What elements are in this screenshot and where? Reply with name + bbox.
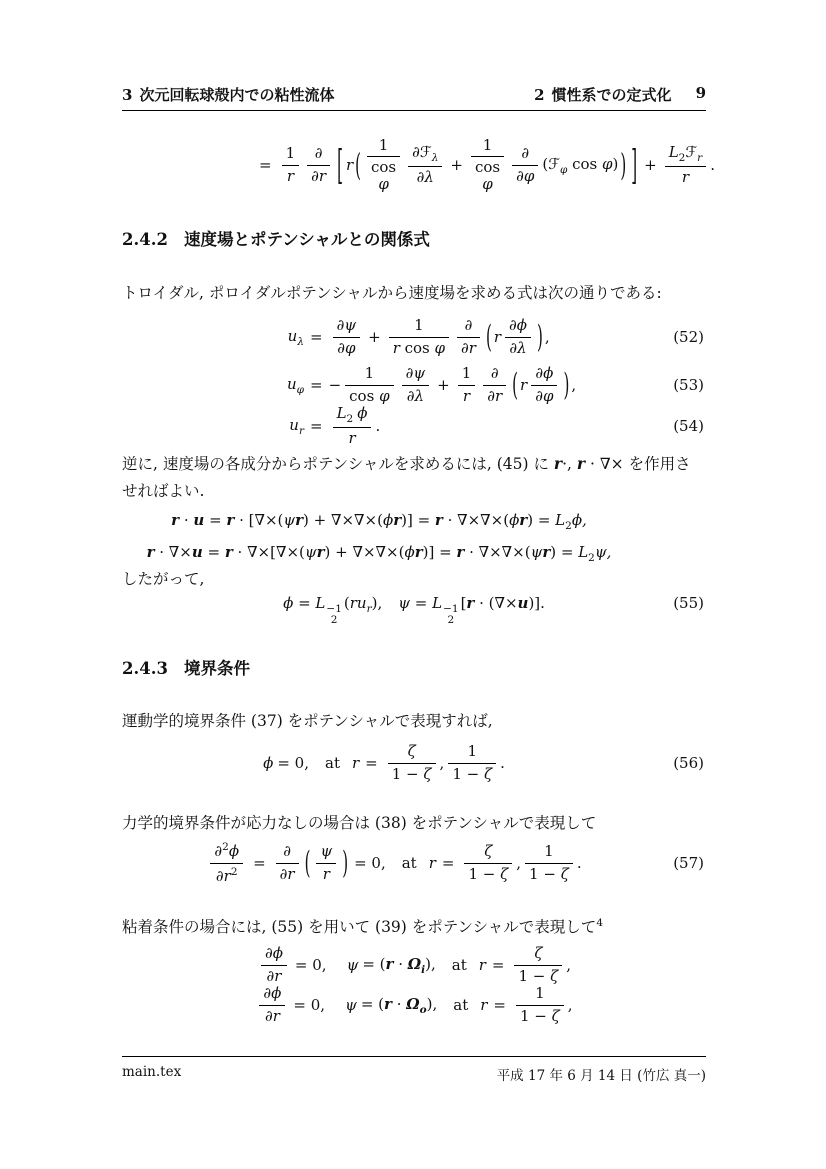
big-paren: ( xyxy=(355,147,361,184)
fraction: ∂ϕ∂φ xyxy=(531,365,557,405)
paragraph-text: 逆に, 速度場の各成分からポテンシャルを求めるには, (45) に xyxy=(122,455,554,473)
fraction: 1r xyxy=(282,145,300,185)
page-number: 9 xyxy=(696,84,706,105)
math-group: uφ xyxy=(280,375,304,396)
document-page: 3次元回転球殻内での粘性流体 2慣性系での定式化 9 = 1r ∂∂r [ r … xyxy=(0,0,826,1169)
equation-number: (56) xyxy=(673,754,704,772)
math-token: at xyxy=(453,996,468,1014)
fraction: 11 − ζ xyxy=(525,843,573,883)
equation-number: (52) xyxy=(673,328,704,346)
paragraph-2: 逆に, 速度場の各成分からポテンシャルを求めるには, (45) に r·, r … xyxy=(122,450,706,505)
math-token: r xyxy=(480,996,487,1014)
math-group: ur xyxy=(280,416,304,437)
fraction: ∂∂r xyxy=(483,365,506,405)
equation-number: (54) xyxy=(673,417,704,435)
running-title-number: 3 xyxy=(122,86,132,104)
fraction: ∂ϕ∂r xyxy=(261,945,287,985)
math-token: . xyxy=(577,854,582,872)
fraction: ζ1 − ζ xyxy=(514,945,562,985)
math-token: + xyxy=(437,376,450,394)
math-token: r xyxy=(346,156,353,174)
fraction: 11 − ζ xyxy=(448,743,496,783)
math-token: ψ xyxy=(345,996,357,1014)
header-right: 2慣性系での定式化 9 xyxy=(534,84,706,105)
equation-56: ϕ = 0, at r = ζ1 − ζ , 11 − ζ . (56) xyxy=(122,738,706,788)
section-number: 2.4.2 xyxy=(122,230,168,249)
math-token: , xyxy=(545,328,550,346)
fraction: ∂2ϕ∂r2 xyxy=(210,841,243,885)
math-token: , xyxy=(568,996,573,1014)
footer-date: 平成 17 年 6 月 14 日 (竹広 真一) xyxy=(497,1064,706,1084)
fraction: ∂∂r xyxy=(276,843,299,883)
header-section-text: 慣性系での定式化 xyxy=(552,86,672,104)
section-title: 速度場とポテンシャルとの関係式 xyxy=(184,230,430,249)
math-token: r xyxy=(494,328,501,346)
math-token: r xyxy=(429,854,436,872)
equation-53: uφ = − 1cos φ ∂ψ∂λ + 1r ∂∂r ( r ∂ϕ∂φ ) ,… xyxy=(122,362,706,408)
paragraph-5: 力学的境界条件が応力なしの場合は (38) をポテンシャルで表現して xyxy=(122,810,706,837)
math-token: = xyxy=(310,328,323,346)
fraction: ∂ϕ∂r xyxy=(259,985,285,1025)
math-group: uλ xyxy=(280,327,304,348)
fraction: 11 − ζ xyxy=(516,985,564,1025)
paragraph-6: 粘着条件の場合には, (55) を用いて (39) をポテンシャルで表現して4 xyxy=(122,910,706,941)
math-group: (ℱφ cos φ) xyxy=(542,155,618,176)
equation-54: ur = L2ϕr . (54) xyxy=(122,408,706,444)
fraction: ψr xyxy=(316,843,336,883)
math-token: r xyxy=(479,956,486,974)
section-heading-2-4-3: 2.4.3境界条件 xyxy=(122,655,250,679)
paragraph-text: 粘着条件の場合には, (55) を用いて (39) をポテンシャルで表現して xyxy=(122,918,596,936)
math-token: ψ xyxy=(347,956,359,974)
equation-noslip-outer: ∂ϕ∂r = 0, ψ = (r · Ωo), at r = 11 − ζ , xyxy=(122,982,706,1028)
math-token: = 0, xyxy=(354,854,386,872)
equation-57: ∂2ϕ∂r2 = ∂∂r ( ψr ) = 0, at r = ζ1 − ζ ,… xyxy=(122,838,706,888)
math-token: = xyxy=(310,376,323,394)
inline-math: · ∇× xyxy=(585,455,629,473)
math-token: = 0, xyxy=(293,996,325,1014)
section-heading-2-4-2: 2.4.2速度場とポテンシャルとの関係式 xyxy=(122,226,430,250)
inline-math: r xyxy=(554,454,562,473)
math-token: + xyxy=(644,156,657,174)
running-title: 3次元回転球殻内での粘性流体 xyxy=(122,84,334,105)
sub-superscript: −12 xyxy=(326,604,341,626)
big-bracket: [ xyxy=(337,141,343,190)
math-token: = xyxy=(442,854,455,872)
math-token: , xyxy=(440,754,445,772)
paragraph-text: 運動学的境界条件 (37) をポテンシャルで表現すれば, xyxy=(122,712,493,730)
math-token: r xyxy=(520,376,527,394)
math-token: − xyxy=(329,376,342,394)
paragraph-text: トロイダル, ポロイダルポテンシャルから速度場を求める式は次の通りである: xyxy=(122,284,662,302)
fraction: ∂ℱλ∂λ xyxy=(408,144,442,186)
math-token: . xyxy=(500,754,505,772)
math-token: = 0, xyxy=(295,956,327,974)
fraction: 1r xyxy=(458,365,476,405)
fraction: L2ℱrr xyxy=(665,144,706,186)
big-paren: ) xyxy=(537,319,543,356)
big-paren: ) xyxy=(342,845,348,882)
fraction: 1cos φ xyxy=(471,137,504,194)
footnote-marker: 4 xyxy=(596,917,603,929)
math-token: + xyxy=(368,328,381,346)
math-token: + xyxy=(450,156,463,174)
page-footer: main.tex 平成 17 年 6 月 14 日 (竹広 真一) xyxy=(122,1056,706,1084)
fraction: ∂ψ∂λ xyxy=(402,365,430,405)
equation-vector-identity-1: r · u = r · [∇×(ψr) + ∇×∇×(ϕr)] = r · ∇×… xyxy=(122,505,706,535)
math-token: = xyxy=(493,996,506,1014)
fraction: 1cos φ xyxy=(345,365,393,405)
math-token: . xyxy=(710,156,715,174)
equation-number: (57) xyxy=(673,854,704,872)
page-header: 3次元回転球殻内での粘性流体 2慣性系での定式化 9 xyxy=(122,84,706,111)
paragraph-text: 力学的境界条件が応力なしの場合は (38) をポテンシャルで表現して xyxy=(122,814,596,832)
fraction: ζ1 − ζ xyxy=(464,843,512,883)
fraction: ∂ψ∂φ xyxy=(333,317,361,357)
inline-math: r xyxy=(577,454,585,473)
math-token: = xyxy=(259,156,272,174)
math-token: . xyxy=(375,417,380,435)
math-token: = xyxy=(365,754,378,772)
math-token: at xyxy=(402,854,417,872)
big-paren: ( xyxy=(305,845,311,882)
math-token: , xyxy=(566,956,571,974)
big-bracket: ] xyxy=(631,141,637,190)
paragraph-4: 運動学的境界条件 (37) をポテンシャルで表現すれば, xyxy=(122,708,706,735)
section-title: 境界条件 xyxy=(184,659,250,678)
math-token: at xyxy=(452,956,467,974)
fraction: ∂∂φ xyxy=(512,145,538,185)
equation-55: ϕ = L−12(rur),ψ = L−12[r · (∇×u)].(55) xyxy=(122,585,706,621)
math-token: = 0, xyxy=(277,754,309,772)
section-number: 2.4.3 xyxy=(122,659,168,678)
sub-superscript: −12 xyxy=(443,604,458,626)
fraction: 1cos φ xyxy=(367,137,400,194)
math-token: ϕ xyxy=(263,754,273,772)
equation-vector-identity-2: r · ∇×u = r · ∇×[∇×(ψr) + ∇×∇×(ϕr)] = r … xyxy=(122,537,706,567)
math-group: = (r · Ωo), xyxy=(361,995,437,1016)
math-token: , xyxy=(516,854,521,872)
header-section-title: 2慣性系での定式化 xyxy=(534,84,671,105)
fraction: ∂∂r xyxy=(307,145,330,185)
equation-continuation: = 1r ∂∂r [ r ( 1cos φ ∂ℱλ∂λ + 1cos φ ∂∂φ… xyxy=(122,134,706,196)
math-token: at xyxy=(325,754,340,772)
math-group: = (r · Ωi), xyxy=(362,955,435,976)
math-token: r xyxy=(352,754,359,772)
header-section-number: 2 xyxy=(534,86,544,104)
big-paren: ( xyxy=(512,367,518,404)
equation-number: (55) xyxy=(673,585,704,621)
fraction: ∂ϕ∂λ xyxy=(505,317,531,357)
running-title-text: 次元回転球殻内での粘性流体 xyxy=(139,86,334,104)
big-paren: ( xyxy=(486,319,492,356)
fraction: L2ϕr xyxy=(333,405,372,447)
fraction: 1r cos φ xyxy=(389,317,449,357)
math-token: , xyxy=(571,376,576,394)
math-token: = xyxy=(253,854,266,872)
fraction: ∂∂r xyxy=(457,317,480,357)
math-token: = xyxy=(310,417,323,435)
inline-math: ·, xyxy=(562,455,577,473)
equation-52: uλ = ∂ψ∂φ + 1r cos φ ∂∂r ( r ∂ϕ∂λ ) , (5… xyxy=(122,312,706,362)
math-token: = xyxy=(492,956,505,974)
fraction: ζ1 − ζ xyxy=(388,743,436,783)
big-paren: ) xyxy=(620,147,626,184)
big-paren: ) xyxy=(563,367,569,404)
equation-number: (53) xyxy=(673,376,704,394)
footer-filename: main.tex xyxy=(122,1064,181,1084)
paragraph-1: トロイダル, ポロイダルポテンシャルから速度場を求める式は次の通りである: xyxy=(122,280,706,307)
